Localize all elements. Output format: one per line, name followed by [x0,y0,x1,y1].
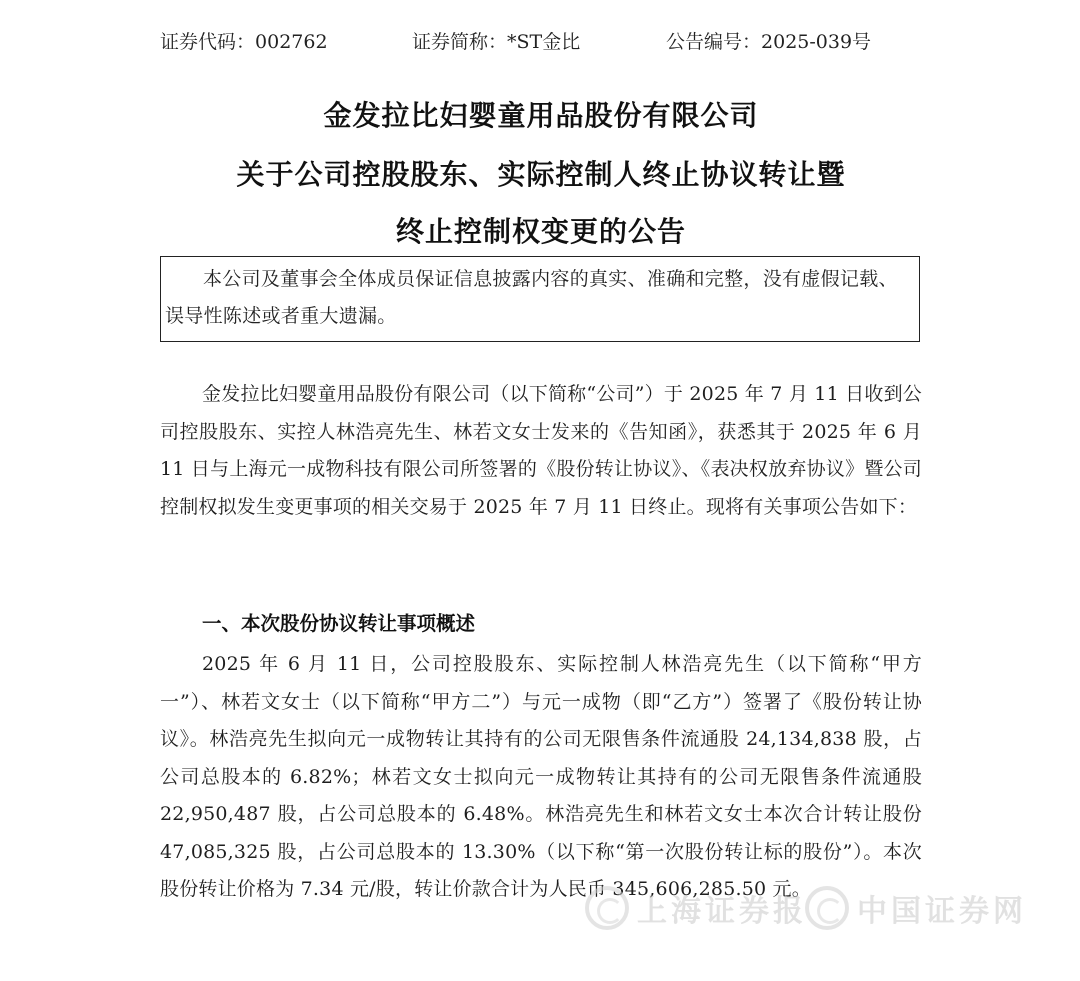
announcement-header: 证券代码：002762 证券简称：*ST金比 公告编号：2025-039号 [160,26,920,58]
company-name-title: 金发拉比妇婴童用品股份有限公司 [160,94,922,134]
stock-code: 证券代码：002762 [160,26,328,58]
stock-abbr-value: *ST金比 [507,31,580,53]
stock-code-value: 002762 [255,31,328,53]
announcement-page: 证券代码：002762 证券简称：*ST金比 公告编号：2025-039号 金发… [0,0,1080,981]
stock-code-label: 证券代码： [160,31,255,53]
section-heading: 一、本次股份协议转让事项概述 [202,608,475,640]
announcement-no-value: 2025-039号 [761,31,871,53]
stock-abbreviation: 证券简称：*ST金比 [412,26,580,58]
announcement-no-label: 公告编号： [666,31,761,53]
announcement-title-line-2: 关于公司控股股东、实际控制人终止协议转让暨 [160,153,922,193]
stock-abbr-label: 证券简称： [412,31,507,53]
disclaimer-box: 本公司及董事会全体成员保证信息披露内容的真实、准确和完整，没有虚假记载、误导性陈… [160,256,920,342]
announcement-number: 公告编号：2025-039号 [666,26,871,58]
section-paragraph: 2025 年 6 月 11 日，公司控股股东、实际控制人林浩亮先生（以下简称“甲… [160,646,922,909]
intro-paragraph: 金发拉比妇婴童用品股份有限公司（以下简称“公司”）于 2025 年 7 月 11… [160,376,922,526]
announcement-title-line-3: 终止控制权变更的公告 [160,210,922,250]
disclaimer-text: 本公司及董事会全体成员保证信息披露内容的真实、准确和完整，没有虚假记载、误导性陈… [165,261,917,335]
